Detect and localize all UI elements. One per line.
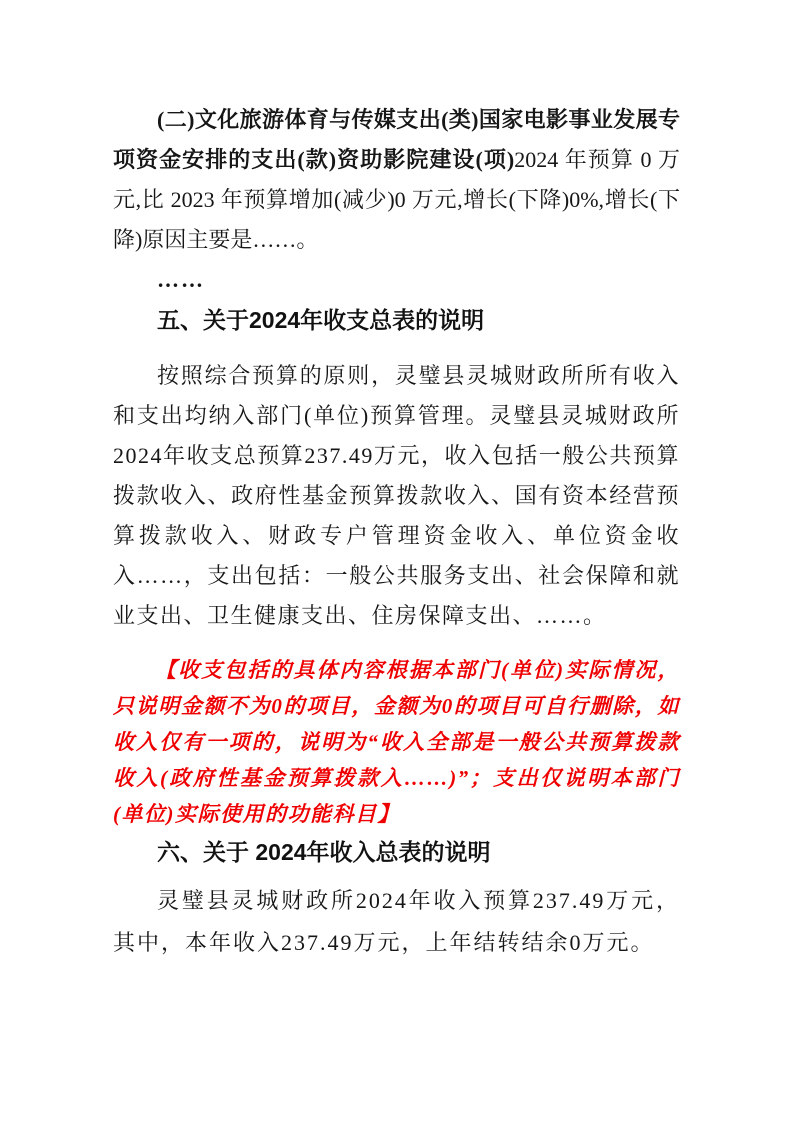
paragraph-expenditure-item: (二)文化旅游体育与传媒支出(类)国家电影事业发展专项资金安排的支出(款)资助影… bbox=[113, 100, 680, 260]
heading-section-5: 五、关于2024年收支总表的说明 bbox=[113, 300, 680, 340]
heading-section-6: 六、关于 2024年收入总表的说明 bbox=[113, 832, 680, 872]
paragraph-budget-summary: 按照综合预算的原则，灵璧县灵城财政所所有收入和支出均纳入部门(单位)预算管理。灵… bbox=[113, 356, 680, 636]
document-page: (二)文化旅游体育与传媒支出(类)国家电影事业发展专项资金安排的支出(款)资助影… bbox=[0, 0, 793, 1122]
paragraph-income-summary: 灵璧县灵城财政所2024年收入预算237.49万元，其中，本年收入237.49万… bbox=[113, 880, 680, 964]
red-note-annotation: 【收支包括的具体内容根据本部门(单位)实际情况，只说明金额不为0的项目，金额为0… bbox=[113, 652, 680, 832]
ellipsis-placeholder: …… bbox=[113, 260, 680, 300]
